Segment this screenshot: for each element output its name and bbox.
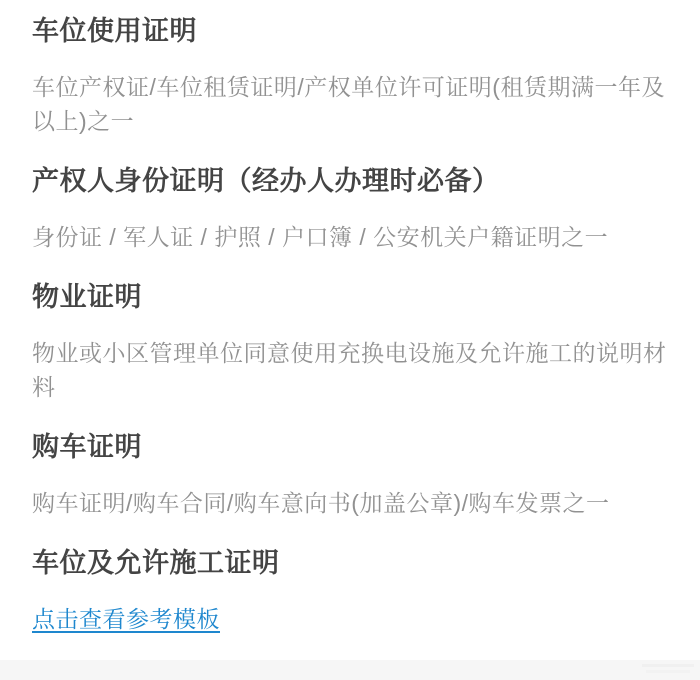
view-template-link[interactable]: 点击查看参考模板 <box>32 602 220 636</box>
section-property-management-cert: 物业证明 物业或小区管理单位同意使用充换电设施及允许施工的说明材料 <box>32 282 668 404</box>
section-heading: 产权人身份证明（经办人办理时必备） <box>32 166 668 196</box>
requirements-list: 车位使用证明 车位产权证/车位租赁证明/产权单位许可证明(租赁期满一年及以上)之… <box>0 0 700 636</box>
watermark <box>642 663 694 676</box>
section-body: 购车证明/购车合同/购车意向书(加盖公章)/购车发票之一 <box>32 486 668 520</box>
section-body: 车位产权证/车位租赁证明/产权单位许可证明(租赁期满一年及以上)之一 <box>32 70 668 138</box>
section-body: 身份证 / 军人证 / 护照 / 户口簿 / 公安机关户籍证明之一 <box>32 220 668 254</box>
section-heading: 车位使用证明 <box>32 16 668 46</box>
bottom-band <box>0 660 700 680</box>
section-car-purchase-cert: 购车证明 购车证明/购车合同/购车意向书(加盖公章)/购车发票之一 <box>32 432 668 520</box>
page: 车位使用证明 车位产权证/车位租赁证明/产权单位许可证明(租赁期满一年及以上)之… <box>0 0 700 680</box>
section-heading: 物业证明 <box>32 282 668 312</box>
section-owner-identity-cert: 产权人身份证明（经办人办理时必备） 身份证 / 军人证 / 护照 / 户口簿 /… <box>32 166 668 254</box>
section-body: 物业或小区管理单位同意使用充换电设施及允许施工的说明材料 <box>32 336 668 404</box>
section-parking-usage-cert: 车位使用证明 车位产权证/车位租赁证明/产权单位许可证明(租赁期满一年及以上)之… <box>32 16 668 138</box>
section-parking-construction-cert: 车位及允许施工证明 点击查看参考模板 <box>32 548 668 636</box>
section-heading: 购车证明 <box>32 432 668 462</box>
section-heading: 车位及允许施工证明 <box>32 548 668 578</box>
